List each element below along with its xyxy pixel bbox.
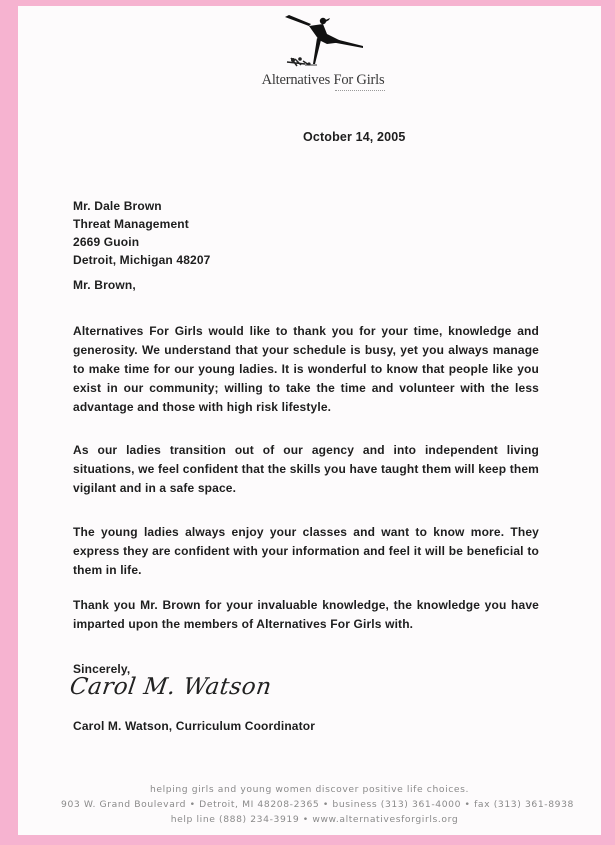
letterhead-logo: Alternatives For Girls bbox=[243, 10, 403, 100]
letter-date: October 14, 2005 bbox=[303, 130, 405, 144]
letter-page: Alternatives For Girls October 14, 2005 … bbox=[18, 6, 601, 835]
recipient-name: Mr. Dale Brown bbox=[73, 197, 211, 215]
paragraph-4: Thank you Mr. Brown for your invaluable … bbox=[73, 596, 539, 634]
recipient-company: Threat Management bbox=[73, 215, 211, 233]
footer-tagline: helping girls and young women discover p… bbox=[18, 782, 601, 797]
logo-subtext bbox=[335, 90, 385, 93]
recipient-street: 2669 Guoin bbox=[73, 233, 211, 251]
ballerina-dancer-icon bbox=[283, 12, 373, 72]
handwritten-signature: Carol M. Watson bbox=[68, 674, 273, 700]
letterhead-footer: helping girls and young women discover p… bbox=[18, 782, 601, 827]
signer-name-title: Carol M. Watson, Curriculum Coordinator bbox=[73, 719, 315, 733]
footer-address: 903 W. Grand Boulevard • Detroit, MI 482… bbox=[18, 797, 601, 812]
paragraph-1: Alternatives For Girls would like to tha… bbox=[73, 322, 539, 417]
salutation: Mr. Brown, bbox=[73, 278, 136, 292]
organization-name: Alternatives For Girls bbox=[243, 72, 403, 89]
recipient-city: Detroit, Michigan 48207 bbox=[73, 251, 211, 269]
recipient-address: Mr. Dale Brown Threat Management 2669 Gu… bbox=[73, 197, 211, 269]
paragraph-3: The young ladies always enjoy your class… bbox=[73, 523, 539, 580]
paragraph-2: As our ladies transition out of our agen… bbox=[73, 441, 539, 498]
footer-helpline: help line (888) 234-3919 • www.alternati… bbox=[18, 812, 601, 827]
